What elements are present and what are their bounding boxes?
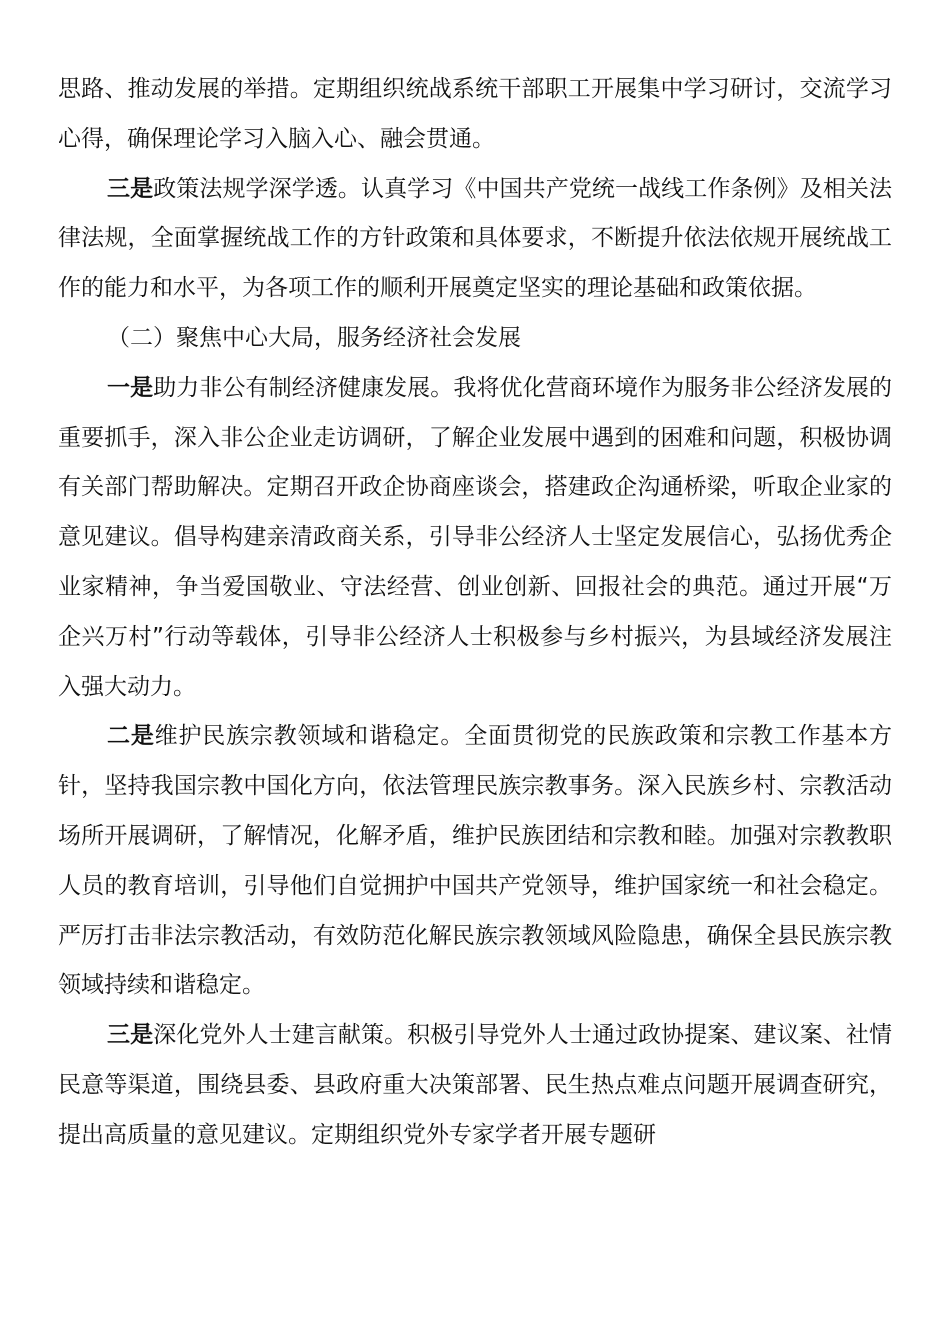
paragraph-text: 思路、推动发展的举措。定期组织统战系统干部职工开展集中学习研讨，交流学习心得，确…: [58, 76, 892, 152]
paragraph-non-public-economy: 一是助力非公有制经济健康发展。我将优化营商环境作为服务非公经济发展的重要抓手，深…: [58, 364, 892, 713]
paragraph-lead: 二是: [107, 723, 155, 749]
paragraph-non-party-advice: 三是深化党外人士建言献策。积极引导党外人士通过政协提案、建议案、社情民意等渠道，…: [58, 1011, 892, 1160]
paragraph-text: 维护民族宗教领域和谐稳定。全面贯彻党的民族政策和宗教工作基本方针，坚持我国宗教中…: [58, 723, 892, 998]
paragraph-lead: 三是: [107, 176, 153, 202]
paragraph-text: 助力非公有制经济健康发展。我将优化营商环境作为服务非公经济发展的重要抓手，深入非…: [58, 375, 892, 700]
paragraph-text: 深化党外人士建言献策。积极引导党外人士通过政协提案、建议案、社情民意等渠道，围绕…: [58, 1022, 892, 1148]
document-page: 思路、推动发展的举措。定期组织统战系统干部职工开展集中学习研讨，交流学习心得，确…: [58, 65, 892, 1161]
paragraph-lead: 一是: [107, 375, 153, 401]
paragraph-lead: 三是: [107, 1022, 153, 1048]
paragraph-text: 政策法规学深学透。认真学习《中国共产党统一战线工作条例》及相关法律法规，全面掌握…: [58, 176, 892, 302]
section-heading-2: （二）聚焦中心大局，服务经济社会发展: [58, 314, 892, 364]
paragraph-policy-regulations: 三是政策法规学深学透。认真学习《中国共产党统一战线工作条例》及相关法律法规，全面…: [58, 165, 892, 314]
paragraph-theory-study-continuation: 思路、推动发展的举措。定期组织统战系统干部职工开展集中学习研讨，交流学习心得，确…: [58, 65, 892, 165]
section-heading-text: （二）聚焦中心大局，服务经济社会发展: [107, 325, 521, 351]
paragraph-ethnic-religious: 二是维护民族宗教领域和谐稳定。全面贯彻党的民族政策和宗教工作基本方针，坚持我国宗…: [58, 712, 892, 1011]
